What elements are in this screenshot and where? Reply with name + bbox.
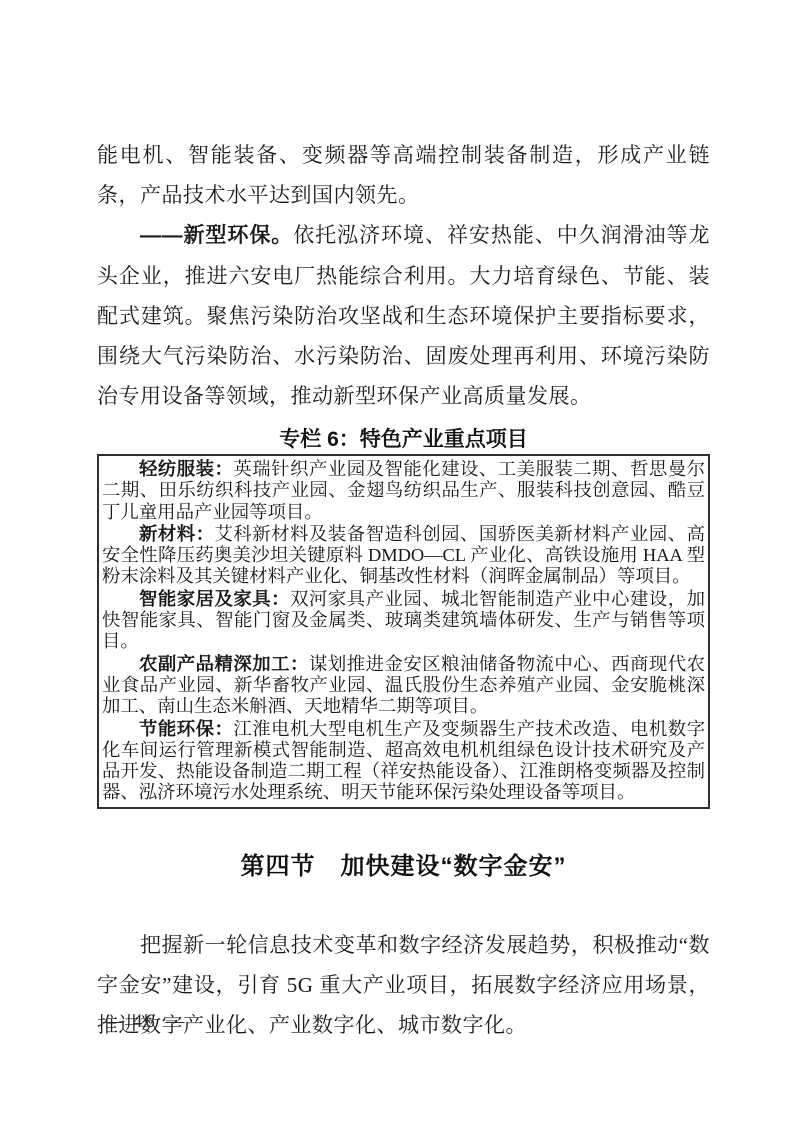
box-item-smart-home: 智能家居及家具：双河家具产业园、城北智能制造产业中心建设，加快智能家具、智能门窗… [102, 588, 705, 653]
box-item-label: 农副产品精深加工： [139, 653, 309, 674]
page-content: 能电机、智能装备、变频器等高端控制装备制造，形成产业链条，产品技术水平达到国内领… [97, 0, 710, 1045]
box-item-energy-saving: 节能环保：江淮电机大型电机生产及变频器生产技术改造、电机数字化车间运行管理新模式… [102, 718, 705, 804]
paragraph-new-environmental: ——新型环保。依托泓济环境、祥安热能、中久润滑油等龙头企业，推进六安电厂热能综合… [97, 215, 710, 416]
box-item-label: 节能环保： [139, 718, 233, 739]
box-item-label: 新材料： [139, 523, 215, 544]
box-item-label: 轻纺服装： [139, 458, 233, 479]
special-column-title: 专栏 6：特色产业重点项目 [97, 427, 710, 453]
paragraph-digital-jinan: 把握新一轮信息技术变革和数字经济发展趋势，积极推动“数字金安”建设，引育 5G … [97, 925, 710, 1045]
section-heading: 第四节 加快建设“数字金安” [97, 851, 710, 883]
box-item-new-materials: 新材料：艾科新材料及装备智造科创园、国骄医美新材料产业园、高安全性降压药奥美沙坦… [102, 523, 705, 588]
document-page: 能电机、智能装备、变频器等高端控制装备制造，形成产业链条，产品技术水平达到国内领… [0, 0, 793, 1122]
paragraph-lead-environmental: ——新型环保。 [140, 224, 293, 247]
paragraph-continuation: 能电机、智能装备、变频器等高端控制装备制造，形成产业链条，产品技术水平达到国内领… [97, 135, 710, 215]
paragraph-text-environmental: 依托泓济环境、祥安热能、中久润滑油等龙头企业，推进六安电厂热能综合利用。大力培育… [97, 223, 710, 408]
page-number: — 46 — [103, 1011, 188, 1033]
box-item-agricultural-processing: 农副产品精深加工：谋划推进金安区粮油储备物流中心、西商现代农业食品产业园、新华畜… [102, 653, 705, 718]
special-column-box: 轻纺服装：英瑞针织产业园及智能化建设、工美服装二期、哲思曼尔二期、田乐纺织科技产… [97, 454, 710, 809]
box-item-label: 智能家居及家具： [139, 588, 290, 609]
box-item-textile: 轻纺服装：英瑞针织产业园及智能化建设、工美服装二期、哲思曼尔二期、田乐纺织科技产… [102, 458, 705, 523]
